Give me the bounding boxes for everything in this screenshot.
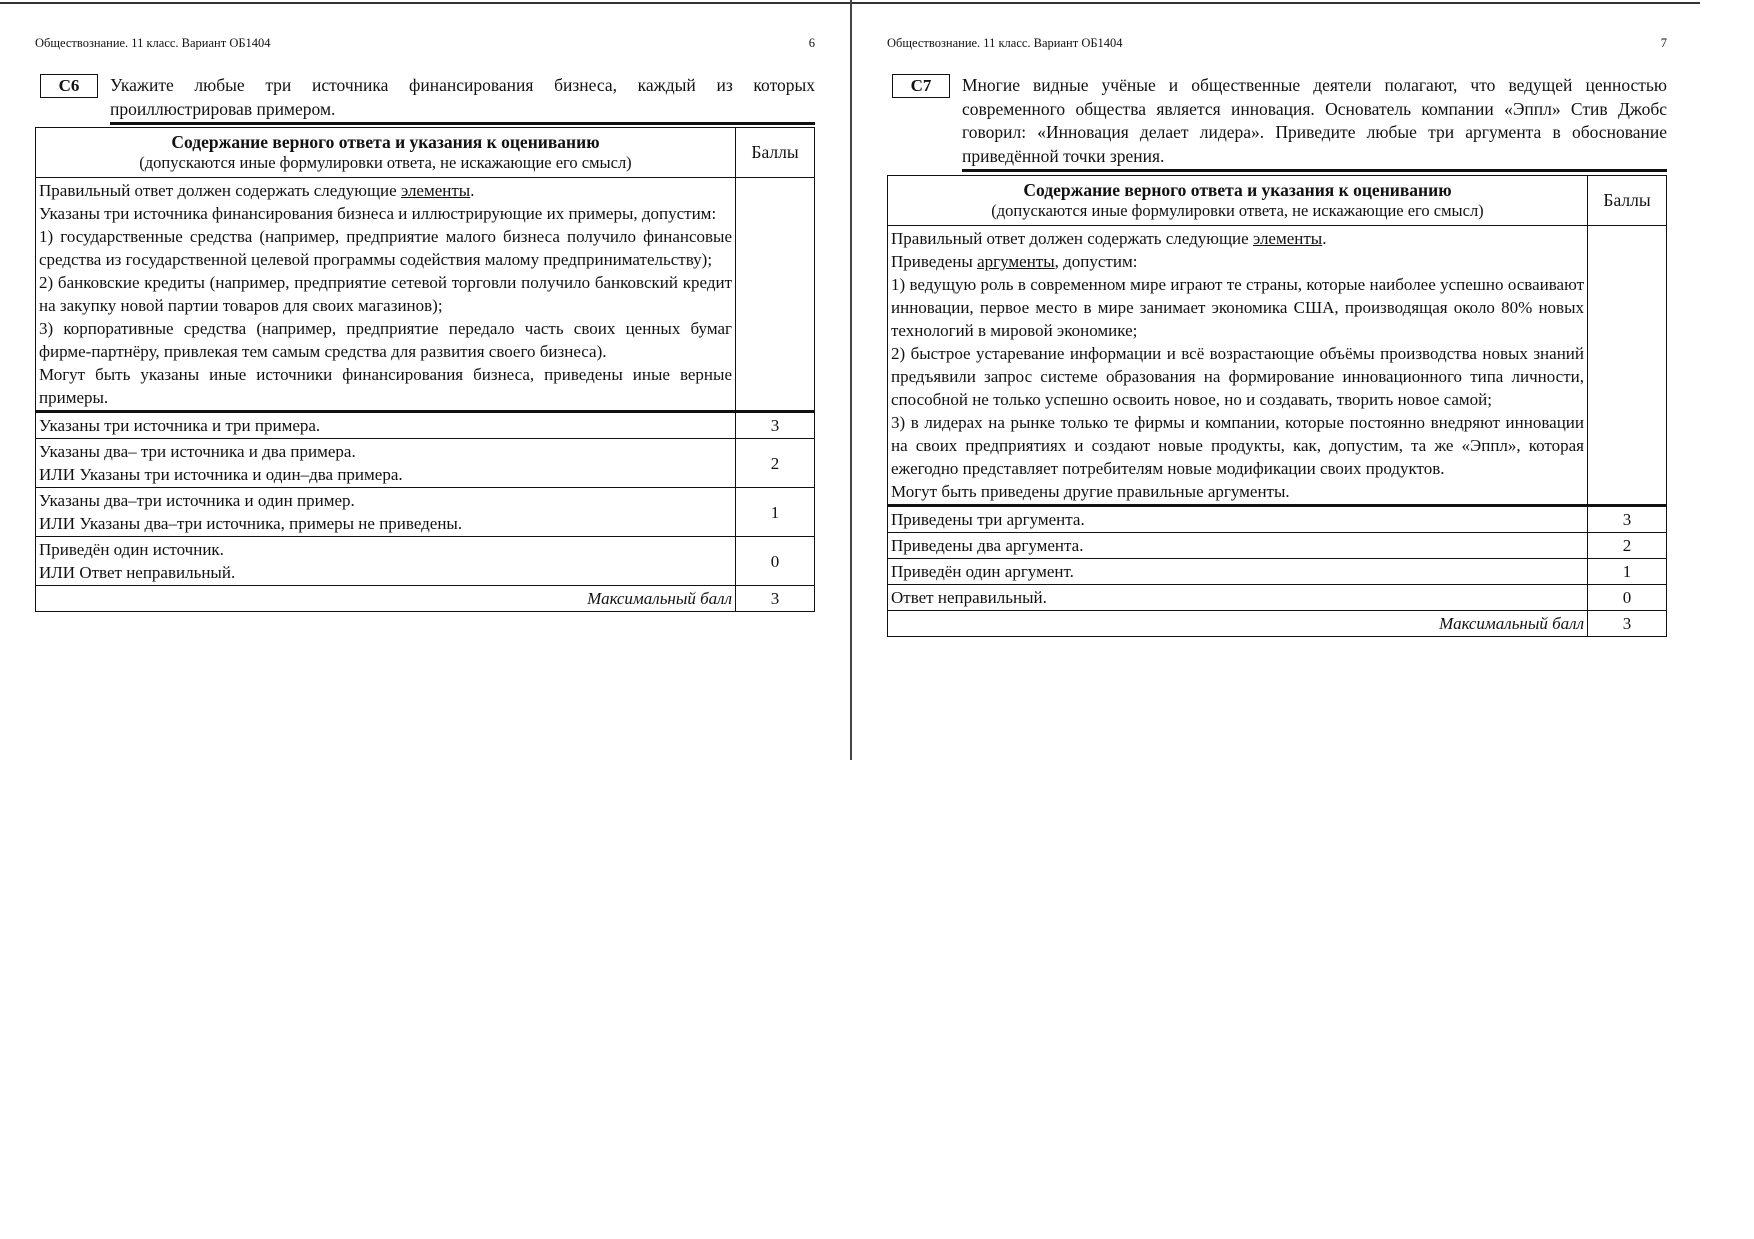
intro-suffix: .: [1322, 229, 1326, 248]
criterion-line: ИЛИ Ответ неправильный.: [39, 563, 235, 582]
criterion: Приведены два аргумента.: [888, 533, 1588, 559]
points-empty: [736, 178, 815, 412]
list-item: 1) ведущую роль в современном мире играю…: [891, 273, 1584, 342]
list-item: 3) в лидерах на рынке только те фирмы и …: [891, 411, 1584, 480]
criterion: Указаны два–три источника и один пример.…: [36, 488, 736, 537]
criterion: Указаны три источника и три примера.: [36, 412, 736, 439]
elements-link: элементы: [1253, 229, 1322, 248]
points: 0: [736, 537, 815, 586]
points: 3: [736, 412, 815, 439]
intro-text: Правильный ответ должен содержать следую…: [39, 181, 401, 200]
list-item: 2) банковские кредиты (например, предпри…: [39, 271, 732, 317]
points: 1: [1588, 559, 1667, 585]
table-row: Указаны два–три источника и один пример.…: [36, 488, 815, 537]
lead-text: Приведены: [891, 252, 977, 271]
table-row: Ответ неправильный. 0: [888, 585, 1667, 611]
max-score-row: Максимальный балл 3: [36, 586, 815, 612]
max-score-value: 3: [736, 586, 815, 612]
criterion: Приведён один аргумент.: [888, 559, 1588, 585]
table-row: Указаны два– три источника и два примера…: [36, 439, 815, 488]
grading-table: Содержание верного ответа и указания к о…: [887, 175, 1667, 637]
lead: Указаны три источника финансирования биз…: [39, 202, 732, 225]
criterion: Приведены три аргумента.: [888, 506, 1588, 533]
criterion-line: Приведён один источник.: [39, 540, 224, 559]
criterion: Приведён один источник.ИЛИ Ответ неправи…: [36, 537, 736, 586]
table-row: Приведены три аргумента. 3: [888, 506, 1667, 533]
content-header: Содержание верного ответа и указания к о…: [888, 176, 1588, 226]
criterion-line: Указаны два–три источника и один пример.: [39, 491, 355, 510]
criterion: Указаны два– три источника и два примера…: [36, 439, 736, 488]
task-text: Многие видные учёные и общественные деят…: [962, 74, 1667, 172]
answer-content: Правильный ответ должен содержать следую…: [36, 178, 736, 412]
task-text: Укажите любые три источника финансирован…: [110, 74, 815, 125]
table-row: Приведены два аргумента. 2: [888, 533, 1667, 559]
points-header: Баллы: [736, 128, 815, 178]
points: 3: [1588, 506, 1667, 533]
page-number: 7: [1661, 36, 1667, 51]
table-row: Приведён один аргумент. 1: [888, 559, 1667, 585]
table-row: Указаны три источника и три примера. 3: [36, 412, 815, 439]
arguments-link: аргументы: [977, 252, 1055, 271]
points: 1: [736, 488, 815, 537]
intro: Правильный ответ должен содержать следую…: [39, 179, 732, 202]
table-header-row: Содержание верного ответа и указания к о…: [888, 176, 1667, 226]
max-score-row: Максимальный балл 3: [888, 611, 1667, 637]
criterion-line: ИЛИ Указаны три источника и один–два при…: [39, 465, 403, 484]
answer-content-row: Правильный ответ должен содержать следую…: [888, 226, 1667, 506]
header-main: Содержание верного ответа и указания к о…: [39, 132, 732, 153]
page-number: 6: [809, 36, 815, 51]
lead: Приведены аргументы, допустим:: [891, 250, 1584, 273]
max-score-label: Максимальный балл: [36, 586, 736, 612]
note: Могут быть приведены другие правильные а…: [891, 480, 1584, 503]
answer-content-row: Правильный ответ должен содержать следую…: [36, 178, 815, 412]
header-main: Содержание верного ответа и указания к о…: [891, 180, 1584, 201]
points-header: Баллы: [1588, 176, 1667, 226]
running-header-title: Обществознание. 11 класс. Вариант ОБ1404: [887, 36, 1123, 51]
list-item: 1) государственные средства (например, п…: [39, 225, 732, 271]
table-header-row: Содержание верного ответа и указания к о…: [36, 128, 815, 178]
page-divider: [850, 0, 852, 760]
content-header: Содержание верного ответа и указания к о…: [36, 128, 736, 178]
lead-suffix: , допустим:: [1055, 252, 1138, 271]
points-empty: [1588, 226, 1667, 506]
task-code: С7: [892, 74, 950, 98]
task-code: С6: [40, 74, 98, 98]
elements-link: элементы: [401, 181, 470, 200]
note: Могут быть указаны иные источники финанс…: [39, 363, 732, 409]
running-header-title: Обществознание. 11 класс. Вариант ОБ1404: [35, 36, 271, 51]
points: 2: [736, 439, 815, 488]
max-score-value: 3: [1588, 611, 1667, 637]
criterion-line: ИЛИ Указаны два–три источника, примеры н…: [39, 514, 462, 533]
list-item: 3) корпоративные средства (например, пре…: [39, 317, 732, 363]
points: 2: [1588, 533, 1667, 559]
grading-table: Содержание верного ответа и указания к о…: [35, 127, 815, 612]
intro-suffix: .: [470, 181, 474, 200]
max-score-label: Максимальный балл: [888, 611, 1588, 637]
intro-text: Правильный ответ должен содержать следую…: [891, 229, 1253, 248]
intro: Правильный ответ должен содержать следую…: [891, 227, 1584, 250]
table-row: Приведён один источник.ИЛИ Ответ неправи…: [36, 537, 815, 586]
list-item: 2) быстрое устаревание информации и всё …: [891, 342, 1584, 411]
criterion: Ответ неправильный.: [888, 585, 1588, 611]
header-sub: (допускаются иные формулировки ответа, н…: [39, 153, 732, 173]
points: 0: [1588, 585, 1667, 611]
answer-content: Правильный ответ должен содержать следую…: [888, 226, 1588, 506]
criterion-line: Указаны три источника и три примера.: [39, 416, 320, 435]
header-sub: (допускаются иные формулировки ответа, н…: [891, 201, 1584, 221]
criterion-line: Указаны два– три источника и два примера…: [39, 442, 356, 461]
